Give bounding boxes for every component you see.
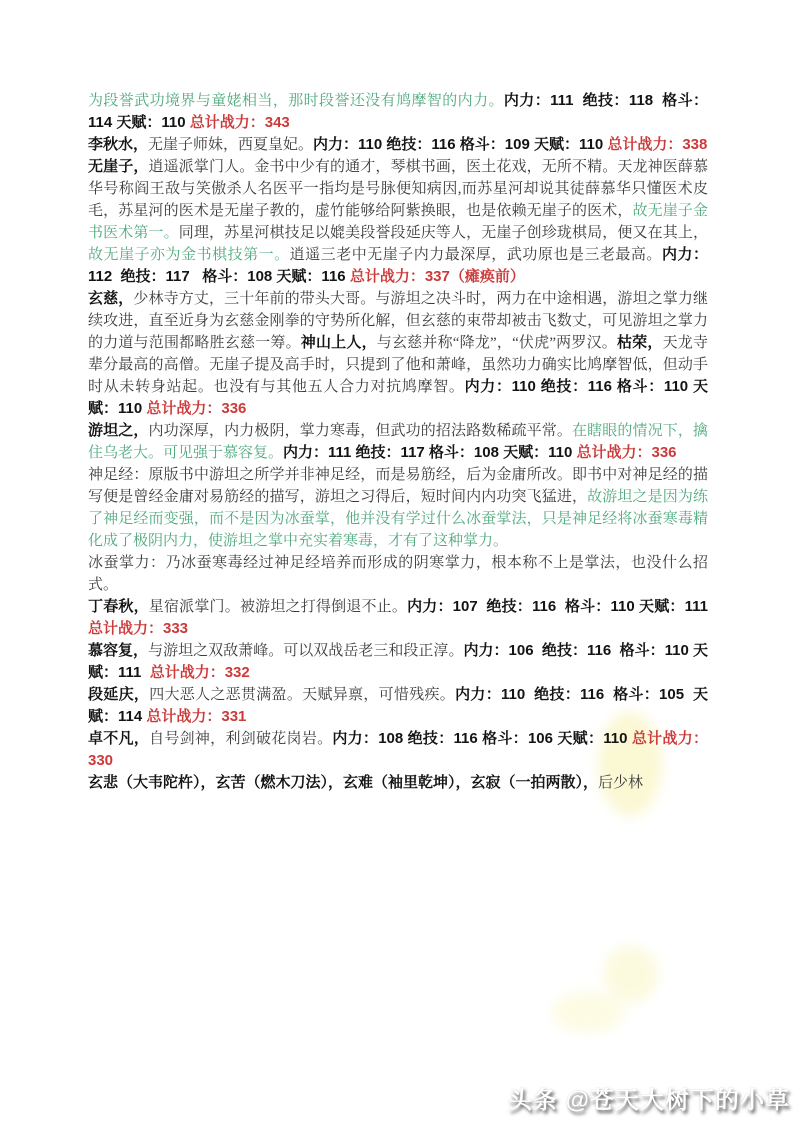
- paragraph-ding-chunqiu: 丁春秋，星宿派掌门。被游坦之打得倒退不止。内力：107 绝技：116 格斗：11…: [88, 596, 708, 640]
- paragraph-xuanci: 玄慈，少林寺方丈，三十年前的带头大哥。与游坦之决斗时，两力在中途相遇，游坦之掌力…: [88, 288, 708, 420]
- text-segment-bold: 游坦之，: [88, 422, 149, 439]
- text-segment-green: 为段誉武功境界与童姥相当，那时段誉还没有鸠摩智的内力。: [88, 93, 504, 109]
- paragraph-duan-yanqing: 段延庆，四大恶人之恶贯满盈。天赋异禀，可惜残疾。内力：110 绝技：116 格斗…: [88, 684, 708, 728]
- text-segment-bold: 内力：110 绝技：116 格斗：109 天赋：110: [313, 136, 607, 153]
- paragraph-bingcan-zhangli-note: 冰蚕掌力：乃冰蚕寒毒经过神足经培养而形成的阴寒掌力，根本称不上是掌法，也没什么招…: [88, 552, 708, 596]
- text-segment-normal: 四大恶人之恶贯满盈。天赋异禀，可惜残疾。: [149, 687, 455, 703]
- text-segment-bold: 神山上人，: [301, 334, 377, 351]
- text-segment-bold: 丁春秋，: [88, 598, 149, 615]
- text-segment-bold: 内力：108 绝技：116 格斗：106 天赋：110: [332, 730, 632, 747]
- text-segment-bold: 玄慈，: [88, 290, 133, 307]
- text-segment-bold: 段延庆，: [88, 686, 149, 703]
- text-segment-normal: 内功深厚，内力极阴，掌力寒毒，但武功的招法路数稀疏平常。: [149, 423, 572, 439]
- watermark: 头条 @苍天大树下的小草: [508, 1080, 790, 1115]
- text-segment-normal: 逍遥派掌门人。金书中少有的通才，琴棋书画，医土花戏，无所不精。天龙神医薛慕华号称…: [88, 159, 708, 219]
- text-segment-bold: 内力：111 绝技：117 格斗：108 天赋：110: [283, 444, 576, 461]
- paragraph-shenzujing-note: 神足经：原版书中游坦之所学并非神足经，而是易筋经，后为金庸所改。即书中对神足经的…: [88, 464, 708, 552]
- text-segment-normal: 与玄慈并称“降龙”，“伏虎”两罗汉。: [377, 335, 617, 351]
- text-segment-normal: 逍遥三老中无崖子内力最深厚，武功原也是三老最高。: [290, 247, 662, 263]
- text-segment-bold: 李秋水，: [88, 136, 148, 153]
- document-page: 为段誉武功境界与童姥相当，那时段誉还没有鸠摩智的内力。内力：111 绝技：118…: [0, 0, 794, 1123]
- text-segment-normal: 与游坦之双敌萧峰。可以双战岳老三和段正淳。: [148, 643, 463, 659]
- paragraph-you-tanzhi: 游坦之，内功深厚，内力极阴，掌力寒毒，但武功的招法路数稀疏平常。在瞎眼的情况下，…: [88, 420, 708, 464]
- text-segment-redbold: 总计战力：343: [190, 114, 290, 131]
- text-segment-normal: 同理，苏星河棋技足以媲美段誉段延庆等人，无崖子创珍珑棋局，便又在其上，: [179, 225, 708, 241]
- text-segment-normal: 无崖子师妹，西夏皇妃。: [148, 137, 313, 153]
- text-segment-normal: 星宿派掌门。被游坦之打得倒退不止。: [149, 599, 407, 615]
- text-segment-normal: 冰蚕掌力：乃冰蚕寒毒经过神足经培养而形成的阴寒掌力，根本称不上是掌法，也没什么招…: [88, 555, 708, 593]
- paragraph-zhuo-bufan: 卓不凡，自号剑神，利剑破花岗岩。内力：108 绝技：116 格斗：106 天赋：…: [88, 728, 708, 772]
- paragraph-li-qiushui: 李秋水，无崖子师妹，西夏皇妃。内力：110 绝技：116 格斗：109 天赋：1…: [88, 134, 708, 156]
- document-body: 为段誉武功境界与童姥相当，那时段誉还没有鸠摩智的内力。内力：111 绝技：118…: [88, 90, 708, 794]
- text-segment-redbold: 总计战力：336: [146, 400, 246, 417]
- text-segment-redbold: 总计战力：333: [88, 620, 188, 637]
- text-segment-bold: 卓不凡，: [88, 730, 149, 747]
- paragraph-wuyazi: 无崖子，逍遥派掌门人。金书中少有的通才，琴棋书画，医土花戏，无所不精。天龙神医薛…: [88, 156, 708, 288]
- text-segment-bold: 枯荣，: [617, 334, 663, 351]
- text-segment-bold: 内力：107 绝技：116 格斗：110 天赋：111: [407, 598, 716, 615]
- text-segment-bold: 慕容复，: [88, 642, 148, 659]
- paragraph-murong-fu: 慕容复，与游坦之双敌萧峰。可以双战岳老三和段正淳。内力：106 绝技：116 格…: [88, 640, 708, 684]
- paragraph-duanyu-continuation: 为段誉武功境界与童姥相当，那时段誉还没有鸠摩智的内力。内力：111 绝技：118…: [88, 90, 708, 134]
- text-segment-redbold: 总计战力：332: [150, 664, 250, 681]
- paragraph-xuan-monks: 玄悲（大韦陀杵），玄苦（燃木刀法），玄难（袖里乾坤），玄寂（一拍两散），后少林: [88, 772, 708, 794]
- text-segment-redbold: 总计战力：331: [146, 708, 246, 725]
- text-segment-redbold: 总计战力：338: [607, 136, 707, 153]
- text-segment-bold: 无崖子，: [88, 158, 149, 175]
- text-segment-redbold: 总计战力：336: [576, 444, 676, 461]
- text-segment-green: 故无崖子亦为金书棋技第一。: [88, 247, 290, 263]
- text-segment-normal: 自号剑神，利剑破花岗岩。: [149, 731, 332, 747]
- paper-stain: [604, 946, 658, 1002]
- text-segment-bold: 玄悲（大韦陀杵），玄苦（燃木刀法），玄难（袖里乾坤），玄寂（一拍两散），: [88, 774, 598, 791]
- text-segment-redbold: 总计战力：337（瘫痪前）: [350, 268, 525, 285]
- paper-stain: [552, 992, 624, 1032]
- text-segment-normal: 后少林: [598, 775, 643, 791]
